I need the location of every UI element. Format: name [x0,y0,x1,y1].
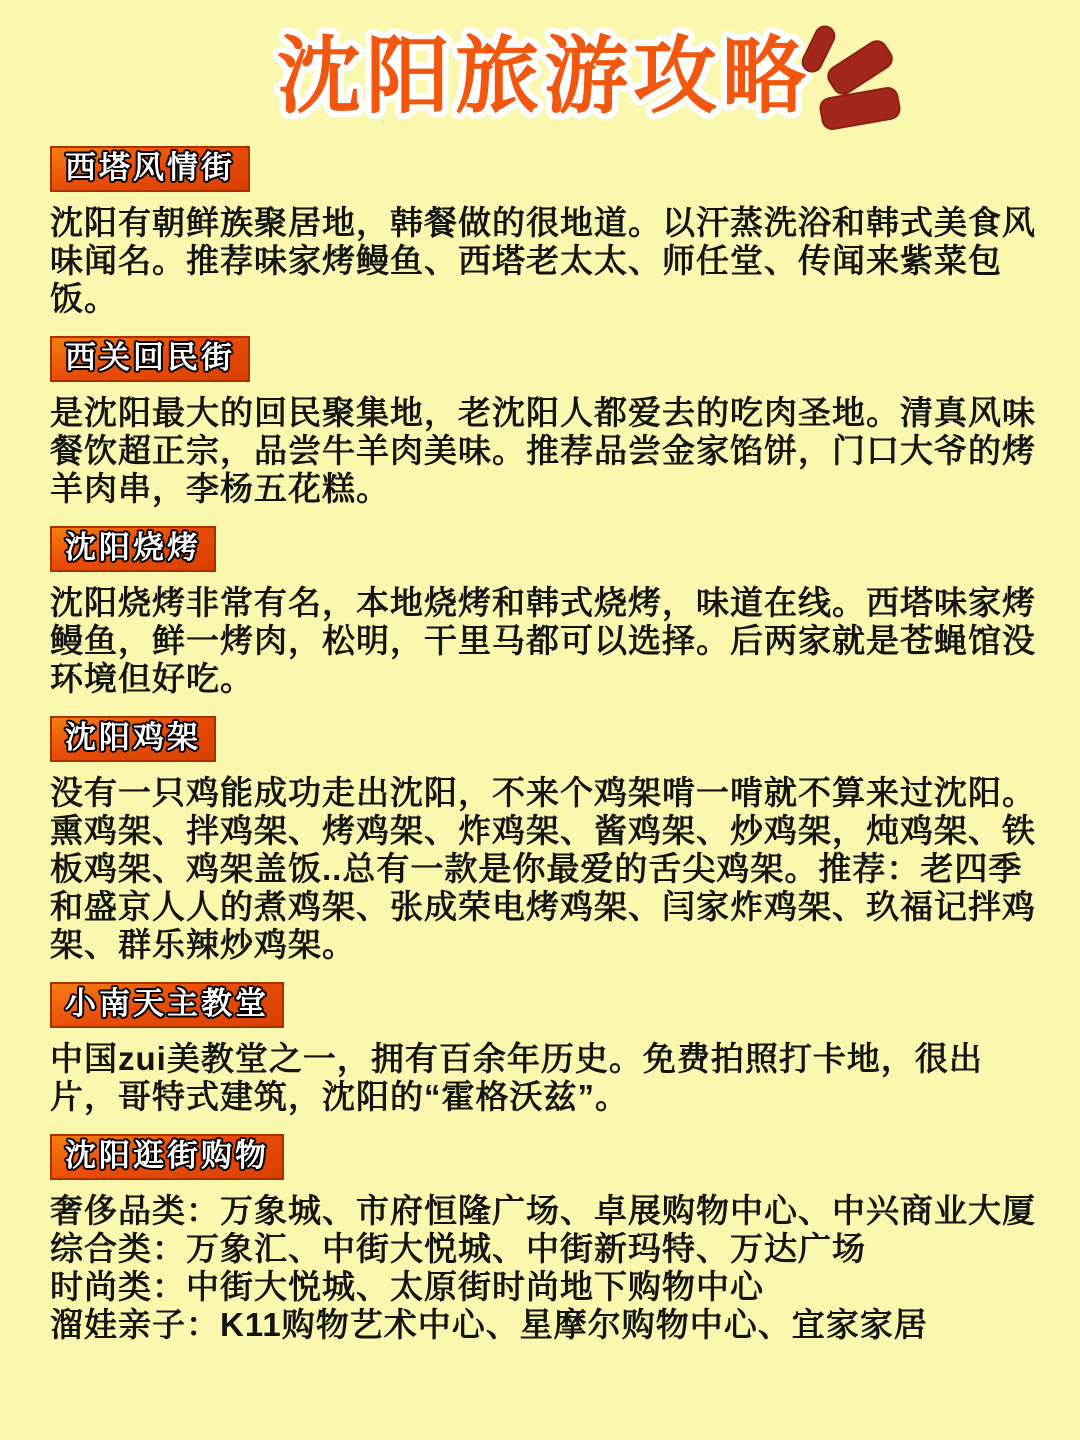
section-xita-street: 西塔风情街 沈阳有朝鲜族聚居地，韩餐做的很地道。以汗蒸洗浴和韩式美食风味闻名。推… [50,146,1038,318]
section-body: 沈阳烧烤非常有名，本地烧烤和韩式烧烤，味道在线。西塔味家烤鳗鱼，鲜一烤肉，松明，… [50,584,1038,698]
shopping-line-luxury: 奢侈品类：万象城、市府恒隆广场、卓展购物中心、中兴商业大厦 [50,1192,1038,1230]
section-cathedral: 小南天主教堂 中国zui美教堂之一，拥有百余年历史。免费拍照打卡地，很出片，哥特… [50,982,1038,1116]
section-huimin-street: 西关回民街 是沈阳最大的回民聚集地，老沈阳人都爱去的吃肉圣地。清真风味餐饮超正宗… [50,336,1038,508]
emphasis-stroke-icon [820,88,900,130]
section-badge: 小南天主教堂 [50,982,284,1028]
shopping-line-general: 综合类：万象汇、中街大悦城、中街新玛特、万达广场 [50,1230,1038,1268]
section-body: 没有一只鸡能成功走出沈阳，不来个鸡架啃一啃就不算来过沈阳。熏鸡架、拌鸡架、烤鸡架… [50,774,1038,964]
section-shopping: 沈阳逛街购物 奢侈品类：万象城、市府恒隆广场、卓展购物中心、中兴商业大厦 综合类… [50,1134,1038,1344]
section-body: 中国zui美教堂之一，拥有百余年历史。免费拍照打卡地，很出片，哥特式建筑，沈阳的… [50,1040,1038,1116]
section-badge: 沈阳烧烤 [50,526,216,572]
section-badge: 沈阳鸡架 [50,716,216,762]
emphasis-stroke-icon [801,25,836,74]
section-chicken-rack: 沈阳鸡架 没有一只鸡能成功走出沈阳，不来个鸡架啃一啃就不算来过沈阳。熏鸡架、拌鸡… [50,716,1038,964]
shopping-line-kids: 溜娃亲子：K11购物艺术中心、星摩尔购物中心、宜家家居 [50,1306,1038,1344]
section-body: 沈阳有朝鲜族聚居地，韩餐做的很地道。以汗蒸洗浴和韩式美食风味闻名。推荐味家烤鳗鱼… [50,204,1038,318]
emphasis-mark-icon [798,24,908,134]
section-badge: 西关回民街 [50,336,250,382]
shopping-line-fashion: 时尚类：中街大悦城、太原街时尚地下购物中心 [50,1268,1038,1306]
emphasis-stroke-icon [826,39,894,97]
section-badge: 沈阳逛街购物 [50,1134,284,1180]
travel-guide-page: 沈阳旅游攻略 西塔风情街 沈阳有朝鲜族聚居地，韩餐做的很地道。以汗蒸洗浴和韩式美… [0,0,1080,1440]
title-row: 沈阳旅游攻略 [50,30,1038,122]
section-badge: 西塔风情街 [50,146,250,192]
section-body: 是沈阳最大的回民聚集地，老沈阳人都爱去的吃肉圣地。清真风味餐饮超正宗，品尝牛羊肉… [50,394,1038,508]
section-shenyang-bbq: 沈阳烧烤 沈阳烧烤非常有名，本地烧烤和韩式烧烤，味道在线。西塔味家烤鳗鱼，鲜一烤… [50,526,1038,698]
